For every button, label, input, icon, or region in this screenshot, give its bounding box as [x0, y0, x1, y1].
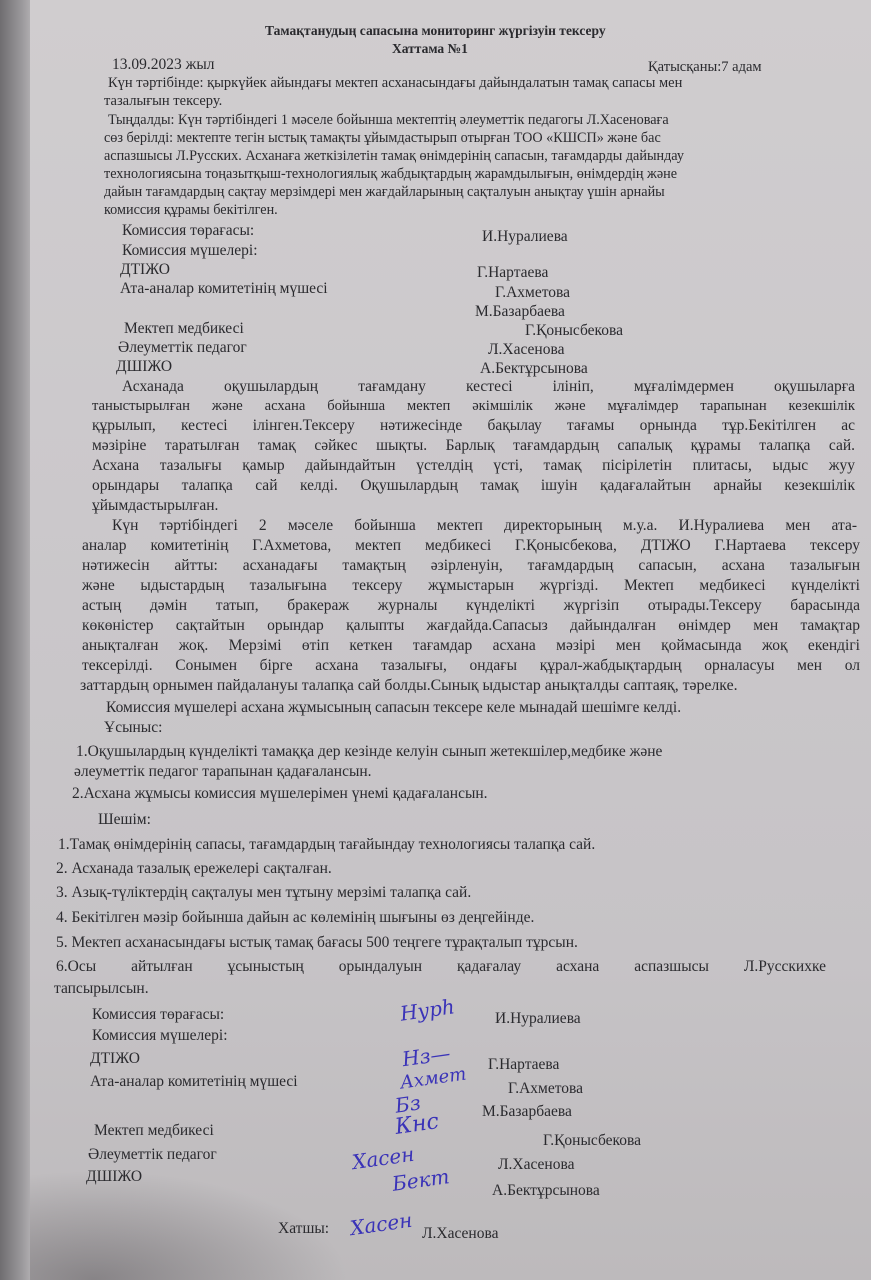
commission-name: Г.Нартаева: [477, 264, 548, 282]
commission-name: Г.Ахметова: [508, 1080, 583, 1098]
paragraph-line: Асханада оқушылардың тағамдану кестесі і…: [122, 378, 855, 396]
recommendation-item: 1.Оқушылардың күнделікті тамаққа дер кез…: [76, 743, 662, 761]
commission-name: И.Нуралиева: [495, 1010, 581, 1028]
decision-item: тапсырылсын.: [54, 980, 149, 998]
decision-item: 2. Асханада тазалық ережелері сақталған.: [56, 860, 332, 878]
paragraph-line: ұйымдастырылған.: [92, 497, 218, 515]
paragraph-line: орындары талапқа сай келді. Оқушылардың …: [92, 477, 855, 495]
heard-line: сөз берілді: мектепте тегін ыстық тамақт…: [104, 129, 661, 147]
paragraph-line: және ыдыстардың тазалығына тексеру жұмыс…: [82, 577, 860, 595]
commission-role: ДТІЖО: [120, 261, 170, 279]
paragraph-line: көкөністер сақтайтын орындар қалыпты жағ…: [82, 617, 860, 635]
agenda-line: Күн тәртібінде: қыркүйек айындағы мектеп…: [108, 74, 682, 92]
document-photo: Тамақтанудың сапасына мониторинг жүргізу…: [0, 0, 871, 1280]
commission-name: М.Базарбаева: [482, 1103, 572, 1121]
secretary-name: Л.Хасенова: [422, 1225, 498, 1243]
commission-name: Г.Қонысбекова: [543, 1132, 641, 1150]
paragraph-line: Күн тәртібіндегі 2 мәселе бойынша мектеп…: [112, 517, 857, 535]
paragraph-line: анықталған жоқ. Мерзімі өтіп кеткен таға…: [82, 637, 860, 655]
commission-role: Ата-аналар комитетінің мүшесі: [120, 280, 328, 298]
paragraph-line: астың дәмін татып, бракераж журналы күнд…: [82, 597, 860, 615]
heard-line: технологиясына тоңазытқыш-технологиялық …: [104, 165, 677, 183]
decision-item: 1.Тамақ өнімдерінің сапасы, тағамдардың …: [58, 836, 595, 854]
decision-item: 6.Осы айтылған ұсыныстың орындалуын қада…: [56, 958, 826, 976]
commission-role: ДТІЖО: [90, 1050, 140, 1068]
commission-name: Л.Хасенова: [498, 1156, 574, 1174]
paragraph-line: заттардың орнымен пайдалануы талапқа сай…: [80, 677, 738, 695]
document-date: 13.09.2023 жыл: [112, 56, 214, 74]
paragraph-line: мәзіріне таратылған тамақ сәйкес шықты. …: [92, 437, 855, 455]
paragraph-line: таныстырылған және асхана бойынша мектеп…: [92, 397, 855, 415]
protocol-number: Хаттама №1: [392, 40, 468, 58]
commission-role: Әлеуметтік педагог: [88, 1146, 217, 1164]
recommendation-item: 2.Асхана жұмысы комиссия мүшелерімен үне…: [72, 785, 488, 803]
commission-name: А.Бектұрсынова: [492, 1182, 600, 1200]
commission-name: И.Нуралиева: [482, 228, 568, 246]
decision-label: Шешім:: [98, 811, 151, 829]
recommendations-label: Ұсыныс:: [104, 719, 162, 737]
agenda-line: тазалығын тексеру.: [104, 92, 222, 110]
recommendation-item: әлеуметтік педагог тарапынан қадағалансы…: [74, 763, 372, 781]
heard-line: аспазшысы Л.Русских. Асханаға жеткізілет…: [104, 147, 684, 165]
commission-name: Л.Хасенова: [488, 341, 564, 359]
decision-item: 5. Мектеп асханасындағы ыстық тамақ баға…: [56, 934, 578, 952]
document-title: Тамақтанудың сапасына мониторинг жүргізу…: [265, 22, 606, 40]
commission-role: ДШІЖО: [116, 358, 172, 376]
paragraph-line: тексерілді. Сонымен бірге асхана тазалығ…: [82, 657, 860, 675]
decision-item: 3. Азық-түліктердің сақталуы мен тұтыну …: [56, 884, 471, 902]
commission-role: ДШІЖО: [86, 1168, 142, 1186]
heard-line: дайын тағамдардың сақтау мерзімдері мен …: [104, 183, 665, 201]
conclusion-intro: Комиссия мүшелері асхана жұмысының сапас…: [106, 699, 681, 717]
heard-line: комиссия құрамы бекітілген.: [104, 201, 278, 219]
commission-name: А.Бектұрсынова: [480, 360, 588, 378]
decision-item: 4. Бекітілген мәзір бойынша дайын ас көл…: [56, 909, 534, 927]
commission-role: Комиссия мүшелері:: [92, 1027, 228, 1045]
commission-role: Ата-аналар комитетінің мүшесі: [90, 1073, 298, 1091]
paragraph-line: құрылып, кестесі ілінген.Тексеру нәтижес…: [92, 417, 855, 435]
commission-role: Комиссия мүшелері:: [122, 242, 258, 260]
commission-name: Г.Қонысбекова: [525, 322, 623, 340]
paragraph-line: Асхана тазалығы қамыр дайындайтын үстелд…: [92, 457, 855, 475]
commission-name: Г.Ахметова: [495, 284, 570, 302]
commission-role: Комиссия төрағасы:: [92, 1006, 224, 1024]
commission-role: Мектеп медбикесі: [94, 1122, 214, 1140]
secretary-label: Хатшы:: [278, 1220, 329, 1238]
paragraph-line: аналар комитетінің Г.Ахметова, мектеп ме…: [82, 537, 860, 555]
commission-role: Мектеп медбикесі: [124, 320, 244, 338]
commission-name: Г.Нартаева: [488, 1056, 559, 1074]
paragraph-line: нәтижесін айтты: асханадағы тамақтың әзі…: [82, 557, 860, 575]
commission-name: М.Базарбаева: [475, 303, 565, 321]
commission-role: Әлеуметтік педагог: [118, 339, 247, 357]
commission-role: Комиссия төрағасы:: [122, 222, 254, 240]
heard-line: Тыңдалды: Күн тәртібіндегі 1 мәселе бойы…: [108, 111, 669, 129]
